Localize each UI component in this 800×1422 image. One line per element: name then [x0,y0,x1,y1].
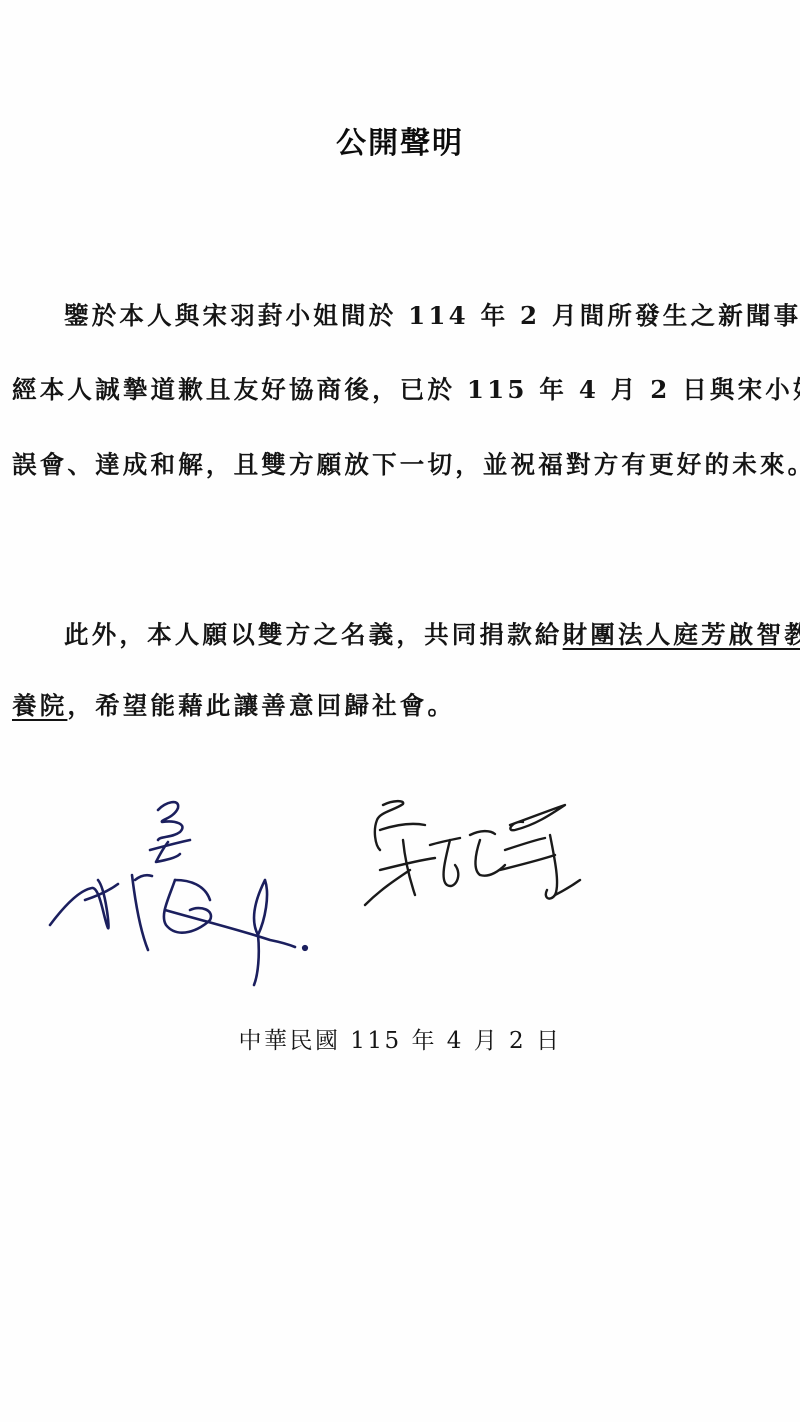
signature-left-icon [40,780,320,1000]
paragraph-1-line-1: 鑒於本人與宋羽葑小姐間於 114 年 2 月間所發生之新聞事件， [64,298,800,334]
signature-right-icon [355,790,595,910]
paragraph-2-line-2: 養院，希望能藉此讓善意回歸社會。 [12,688,800,724]
paragraph-1-line-3: 誤會、達成和解，且雙方願放下一切，並祝福對方有更好的未來。 [12,447,800,483]
paragraph-2-text: 此外，本人願以雙方之名義，共同捐款給 [64,620,563,649]
document-title: 公開聲明 [0,118,800,162]
paragraph-1-line-2: 經本人誠摯道歉且友好協商後，已於 115 年 4 月 2 日與宋小姐釐清 [12,372,800,408]
underlined-organization-name-end: 養院 [12,691,67,720]
document-date: 中華民國 115 年 4 月 2 日 [0,1022,800,1055]
paragraph-2-line-1: 此外，本人願以雙方之名義，共同捐款給財團法人庭芳啟智教 [64,617,800,653]
paragraph-2-text-end: ，希望能藉此讓善意回歸社會。 [67,691,455,720]
underlined-organization-name: 財團法人庭芳啟智教 [563,620,800,649]
